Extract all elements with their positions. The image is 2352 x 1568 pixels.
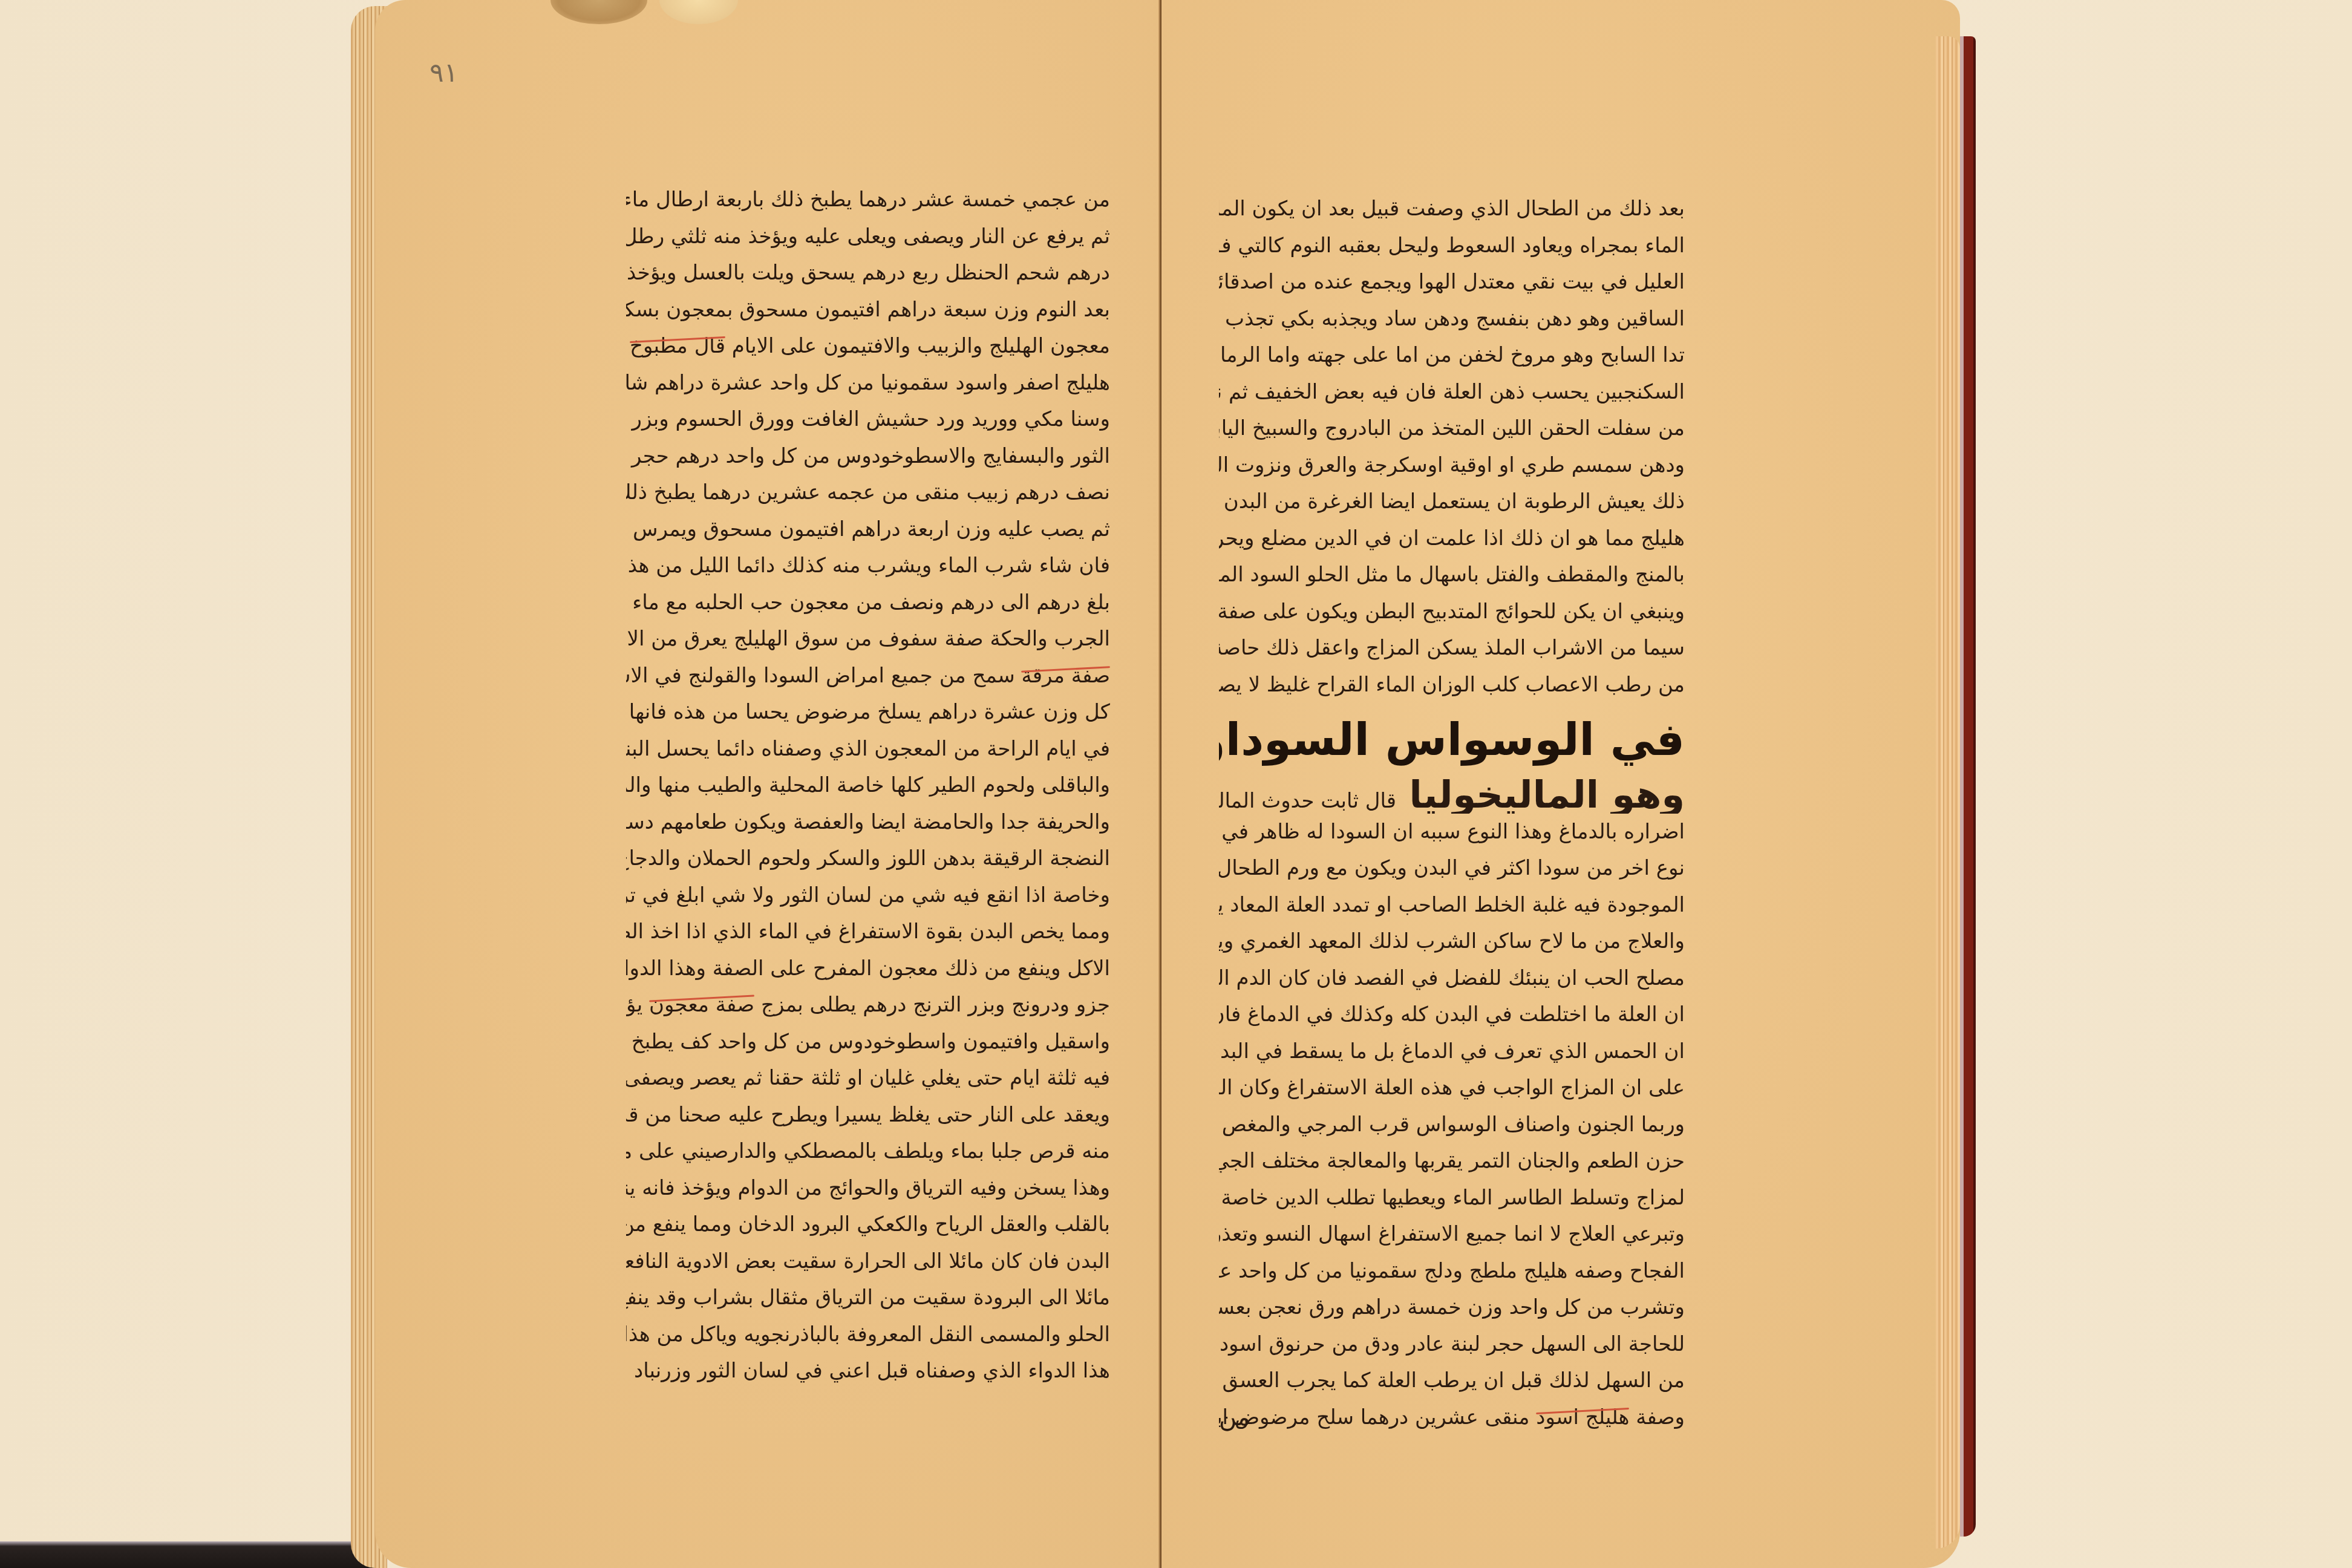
text-line: ودهن سمسم طري او اوقية اوسكرجة والعرق ون… [1219, 447, 1685, 484]
text-line: هليلج مما هو ان ذلك اذا علمت ان في الدين… [1219, 520, 1685, 557]
left-page: ٩١ من عجمي خمسة عشر درهما يطبخ ذلك باربع… [375, 0, 1161, 1568]
text-line: سيما من الاشراب الملذ يسكن المزاج واعقل … [1219, 630, 1685, 667]
text-line: والعلاج من ما لاح ساكن الشرب لذلك المعهد… [1219, 923, 1685, 960]
text-line: على ان المزاج الواجب في هذه العلة الاستف… [1219, 1070, 1685, 1106]
text-line: وتشرب من كل واحد وزن خمسة دراهم ورق نعجن… [1219, 1289, 1685, 1326]
rubric-keyword: هليلج اسود [1536, 1405, 1629, 1429]
right-text-block: بعد ذلك من الطحال الذي وصفت قبيل بعد ان … [1219, 191, 1685, 1436]
stain [659, 0, 738, 24]
book-cover-edge [1960, 36, 1976, 1537]
text-line: فيه ثلثة ايام حتى يغلي غليان او ثلثة حقن… [626, 1060, 1110, 1097]
text-line: الماء بمجراه ويعاود السعوط وليحل بعقبه ا… [1219, 227, 1685, 264]
text-line: من السهل لذلك قبل ان يرطب العلة كما يجرب… [1219, 1362, 1685, 1399]
text-line: النضجة الرقيقة بدهن اللوز والسكر ولحوم ا… [626, 840, 1110, 877]
text-line: الجرب والحكة صفة سفوف من سوق الهليلج يعر… [626, 621, 1110, 658]
text-line: وهو الماليخوليا قال ثابت حدوث الماليخولي… [1219, 777, 1685, 814]
text-line: وخاصة اذا انقع فيه شي من لسان الثور ولا … [626, 877, 1110, 914]
text-line: نوع اخر من سودا اكثر في البدن ويكون مع و… [1219, 850, 1685, 887]
text-line: ثم يصب عليه وزن اربعة دراهم افتيمون مسحو… [626, 511, 1110, 548]
text-line: مصلح الحب ان ينبئك للفضل في الفصد فان كا… [1219, 960, 1685, 997]
text-line: البدن فان كان مائلا الى الحرارة سقيت بعض… [626, 1243, 1110, 1280]
rubric-keyword: صفة مرقة [1021, 664, 1110, 688]
text-line: السكنجبين يحسب ذهن العلة فان فيه بعض الخ… [1219, 374, 1685, 411]
text-line: حزن الطعم والجنان التمر يقربها والمعالجة… [1219, 1143, 1685, 1180]
rubric-keyword: صفة معجون [649, 993, 754, 1017]
line-text: قال ثابت حدوث الماليخوليا من مزاج سوداوي… [1219, 789, 1396, 813]
text-line: الاكل وينفع من ذلك معجون المفرح على الصف… [626, 950, 1110, 987]
text-line: تدا السابح وهو مروخ لخفن من اما على جهته… [1219, 337, 1685, 374]
text-line: الثور والبسفايج والاسطوخودوس من كل واحد … [626, 438, 1110, 475]
section-heading: في الوسواس السوداوي [1219, 703, 1685, 777]
text-line: صفة مرقة سمح من جميع امراض السودا والقول… [626, 658, 1110, 694]
text-line: مائلا الى البرودة سقيت من الترياق مثقال … [626, 1279, 1110, 1316]
text-line: جزو ودرونج وبزر الترنج درهم يطلى بمزج صف… [626, 987, 1110, 1024]
manuscript-book: ٩١ من عجمي خمسة عشر درهما يطبخ ذلك باربع… [351, 0, 1996, 1568]
text-line: نصف درهم زبيب منقى من عجمه عشرين درهما ي… [626, 474, 1110, 511]
catchword: من [1219, 1403, 1250, 1431]
text-line: في ايام الراحة من المعجون الذي وصفناه دا… [626, 731, 1110, 768]
right-page: بعد ذلك من الطحال الذي وصفت قبيل بعد ان … [1161, 0, 1960, 1568]
text-line: وتبرعي العلاج لا انما جميع الاستفراغ اسه… [1219, 1216, 1685, 1253]
text-line: اضراره بالدماغ وهذا النوع سببه ان السودا… [1219, 814, 1685, 851]
text-line: ذلك يعيش الرطوبة ان يستعمل ايضا الغرغرة … [1219, 483, 1685, 520]
text-line: الفجاح وصفه هليلج ملطج ودلج سقمونيا من ك… [1219, 1253, 1685, 1290]
text-line: للحاجة الى السهل حجر لبنة عادر ودق من حر… [1219, 1326, 1685, 1363]
text-line: وربما الجنون واصناف الوسواس قرب المرجي و… [1219, 1106, 1685, 1143]
text-line: من سفلت الحقن اللين المتخذ من البادروج و… [1219, 410, 1685, 447]
text-line: فان شاء شرب الماء ويشرب منه كذلك دائما ا… [626, 547, 1110, 584]
text-line: من رطب الاعصاب كلب الوزان الماء القراح غ… [1219, 667, 1685, 704]
text-line: ان الحمس الذي تعرف في الدماغ بل ما يسقط … [1219, 1033, 1685, 1070]
text-line: الحلو والمسمى النقل المعروفة بالباذرنجوي… [626, 1316, 1110, 1353]
text-line: بالمنج والمقطف والفتل باسهال ما مثل الحل… [1219, 557, 1685, 593]
text-line: هليلج اصفر واسود سقمونيا من كل واحد عشرة… [626, 365, 1110, 402]
text-line: وينبغي ان يكن للحوائج المتدبيح البطن ويك… [1219, 593, 1685, 630]
text-line: كل وزن عشرة دراهم يسلخ مرضوض يحسا من هذه… [626, 694, 1110, 731]
text-line: درهم شحم الحنظل ربع درهم يسحق ويلت بالعس… [626, 255, 1110, 292]
text-line: والحريفة جدا والحامضة ايضا والعفصة ويكون… [626, 804, 1110, 841]
text-line: بالقلب والعقل الرياح والكعكي البرود الدخ… [626, 1206, 1110, 1243]
text-line: لمزاج وتسلط الطاسر الماء ويعطيها تطلب ال… [1219, 1180, 1685, 1217]
text-line: ويعقد على النار حتى يغلظ يسيرا ويطرح علي… [626, 1097, 1110, 1134]
text-line: ان العلة ما اختلطت في البدن كله وكذلك في… [1219, 996, 1685, 1033]
text-line: الموجودة فيه غلبة الخلط الصاحب او تمدد ا… [1219, 887, 1685, 924]
rubric-keyword: قال مطبوخ [630, 334, 725, 358]
text-line: العليل في بيت نقي معتدل الهوا ويجمع عنده… [1219, 264, 1685, 301]
text-line: وصفة هليلج اسود منقى عشرين درهما سلح مرض… [1219, 1399, 1685, 1436]
text-line: وسنا مكي ووريد ورد حشيش الغافت وورق الحس… [626, 401, 1110, 438]
table-edge [0, 1541, 387, 1568]
right-fore-edge [1936, 36, 1960, 1549]
text-line: وهذا يسخن وفيه الترياق والحوائج من الدوا… [626, 1170, 1110, 1207]
text-line: بعد النوم وزن سبعة دراهم افتيمون مسحوق ب… [626, 292, 1110, 328]
text-line: واسقيل وافتيمون واسطوخودوس من كل واحد كف… [626, 1024, 1110, 1060]
folio-number: ٩١ [430, 57, 458, 88]
text-line: هذا الدواء الذي وصفناه قبل اعني في لسان … [626, 1353, 1110, 1390]
text-line: الساقين وهو دهن بنفسج ودهن ساد ويجذبه بك… [1219, 301, 1685, 338]
stain [550, 0, 647, 24]
text-line: بلغ درهم الى درهم ونصف من معجون حب الحلب… [626, 584, 1110, 621]
text-line: بعد ذلك من الطحال الذي وصفت قبيل بعد ان … [1219, 191, 1685, 227]
text-line: معجون الهليلج والزبيب والافتيمون على الا… [626, 328, 1110, 365]
section-subheading: وهو الماليخوليا [1396, 777, 1685, 814]
text-line: من عجمي خمسة عشر درهما يطبخ ذلك باربعة ا… [626, 181, 1110, 218]
text-line: منه قرص جلبا بماء ويلطف بالمصطكي والدارص… [626, 1133, 1110, 1170]
text-line: والباقلى ولحوم الطير كلها خاصة المحلية و… [626, 767, 1110, 804]
text-line: ومما يخص البدن بقوة الاستفراغ في الماء ا… [626, 913, 1110, 950]
text-line: ثم يرفع عن النار ويصفى ويعلى عليه ويؤخذ … [626, 218, 1110, 255]
left-text-block: من عجمي خمسة عشر درهما يطبخ ذلك باربعة ا… [626, 181, 1110, 1390]
